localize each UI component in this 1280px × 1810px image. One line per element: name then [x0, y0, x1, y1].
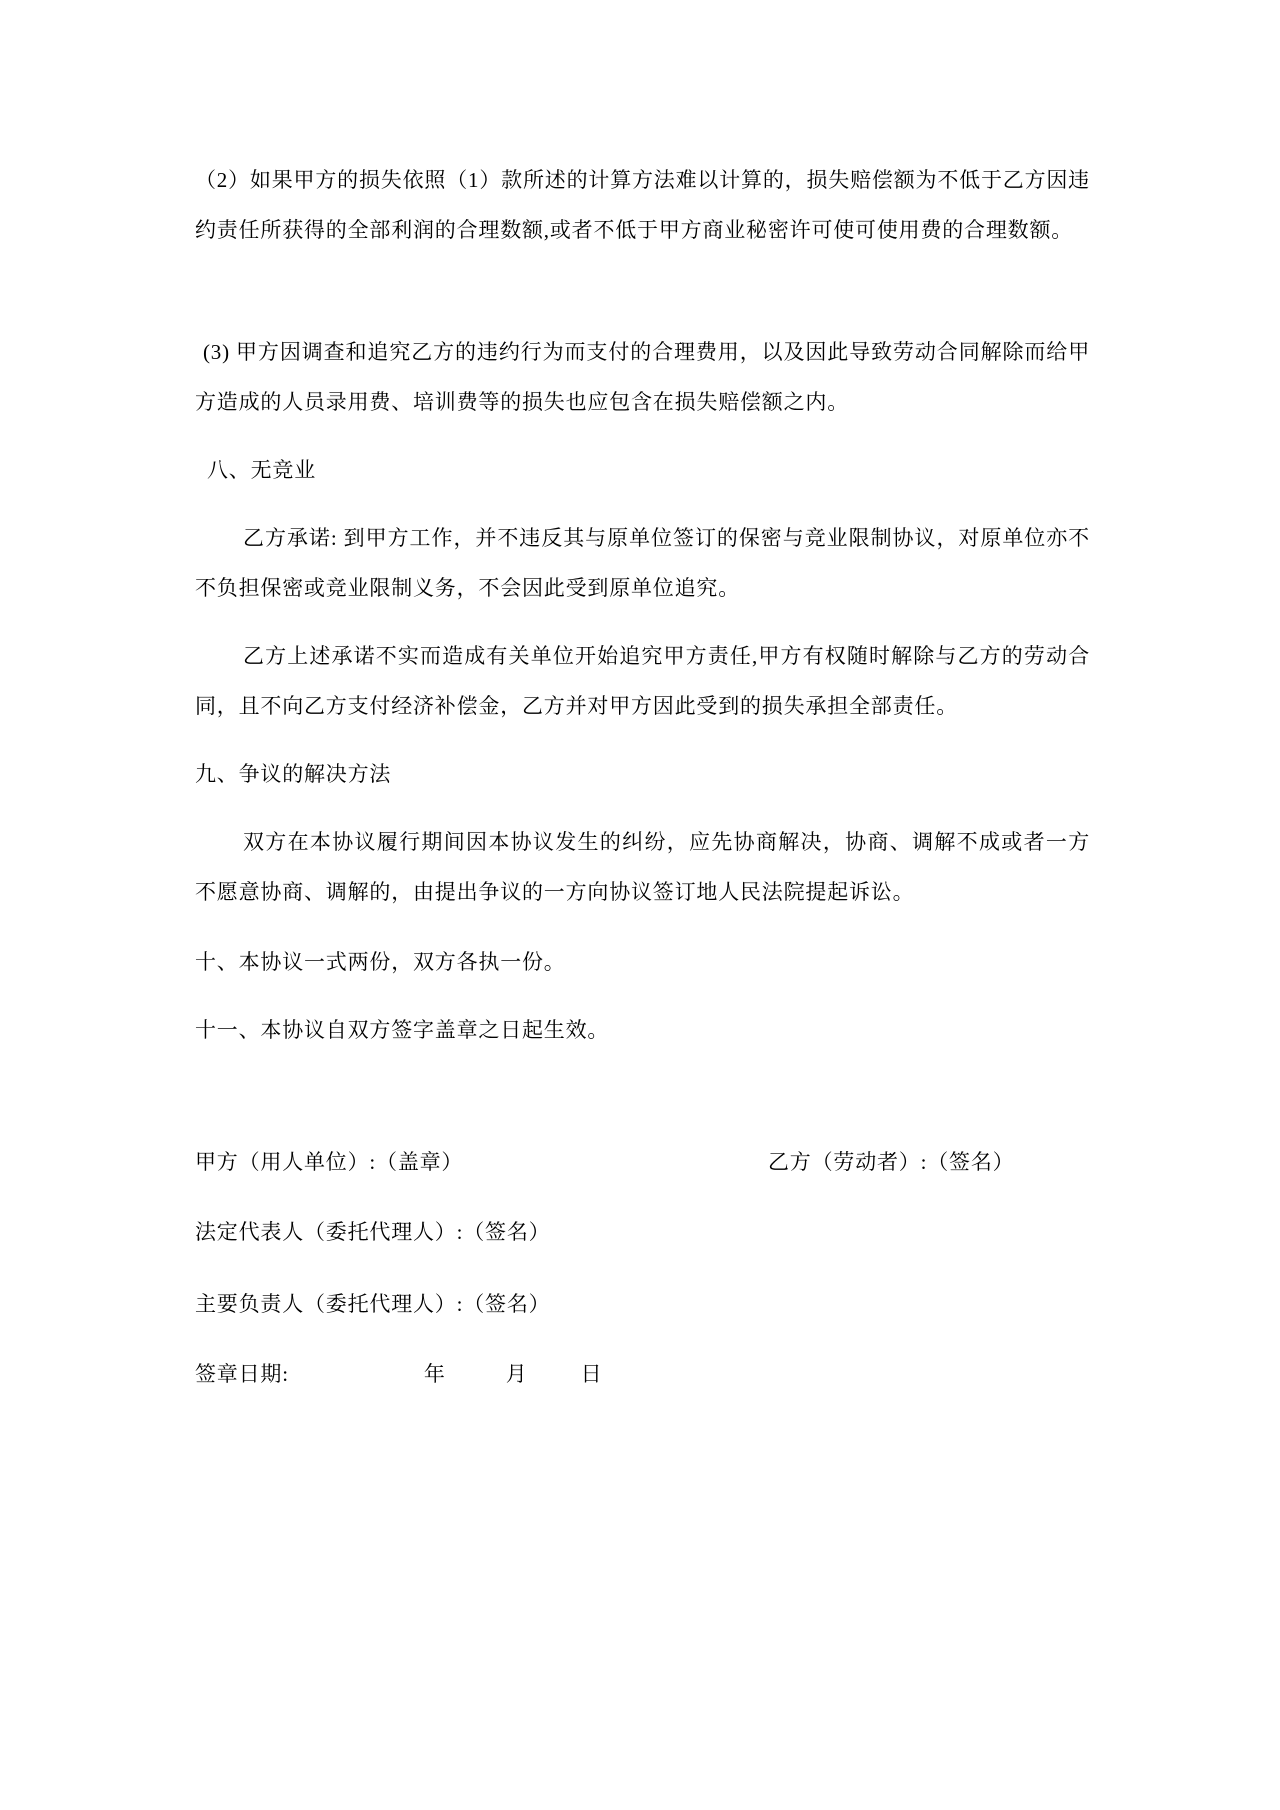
clause-10-copies: 十、本协议一式两份，双方各执一份。 [195, 937, 1090, 987]
signature-date-row: 签章日期: 年 月 日 [195, 1349, 1090, 1399]
signature-party-a: 甲方（用人单位）:（盖章） [195, 1150, 463, 1174]
date-year-label: 年 [424, 1349, 446, 1399]
paragraph-dispute-resolution: 双方在本协议履行期间因本协议发生的纠纷，应先协商解决，协商、调解不成或者一方不愿… [195, 817, 1090, 917]
paragraph-damages-costs-3: (3) 甲方因调查和追究乙方的违约行为而支付的合理费用，以及因此导致劳动合同解除… [195, 327, 1090, 427]
paragraph-no-compete-breach: 乙方上述承诺不实而造成有关单位开始追究甲方责任,甲方有权随时解除与乙方的劳动合同… [195, 631, 1090, 731]
paragraph-damages-calc-2: （2）如果甲方的损失依照（1）款所述的计算方法难以计算的，损失赔偿额为不低于乙方… [195, 155, 1090, 255]
date-month-label: 月 [506, 1349, 528, 1399]
document-page: （2）如果甲方的损失依照（1）款所述的计算方法难以计算的，损失赔偿额为不低于乙方… [0, 0, 1280, 1810]
signature-date-label: 签章日期: [195, 1349, 289, 1399]
signature-row-parties: 甲方（用人单位）:（盖章） 乙方（劳动者）:（签名） [195, 1137, 1195, 1187]
heading-section-9-dispute-resolution: 九、争议的解决方法 [195, 749, 1090, 799]
signature-principal: 主要负责人（委托代理人）:（签名） [195, 1279, 1090, 1329]
signature-party-b: 乙方（劳动者）:（签名） [768, 1137, 1014, 1187]
clause-11-effective-date: 十一、本协议自双方签字盖章之日起生效。 [195, 1005, 1090, 1055]
signature-legal-representative: 法定代表人（委托代理人）:（签名） [195, 1207, 1090, 1257]
paragraph-no-compete-promise: 乙方承诺: 到甲方工作，并不违反其与原单位签订的保密与竞业限制协议，对原单位亦不… [195, 513, 1090, 613]
heading-section-8-no-compete: 八、无竞业 [195, 445, 1090, 495]
date-day-label: 日 [581, 1349, 603, 1399]
